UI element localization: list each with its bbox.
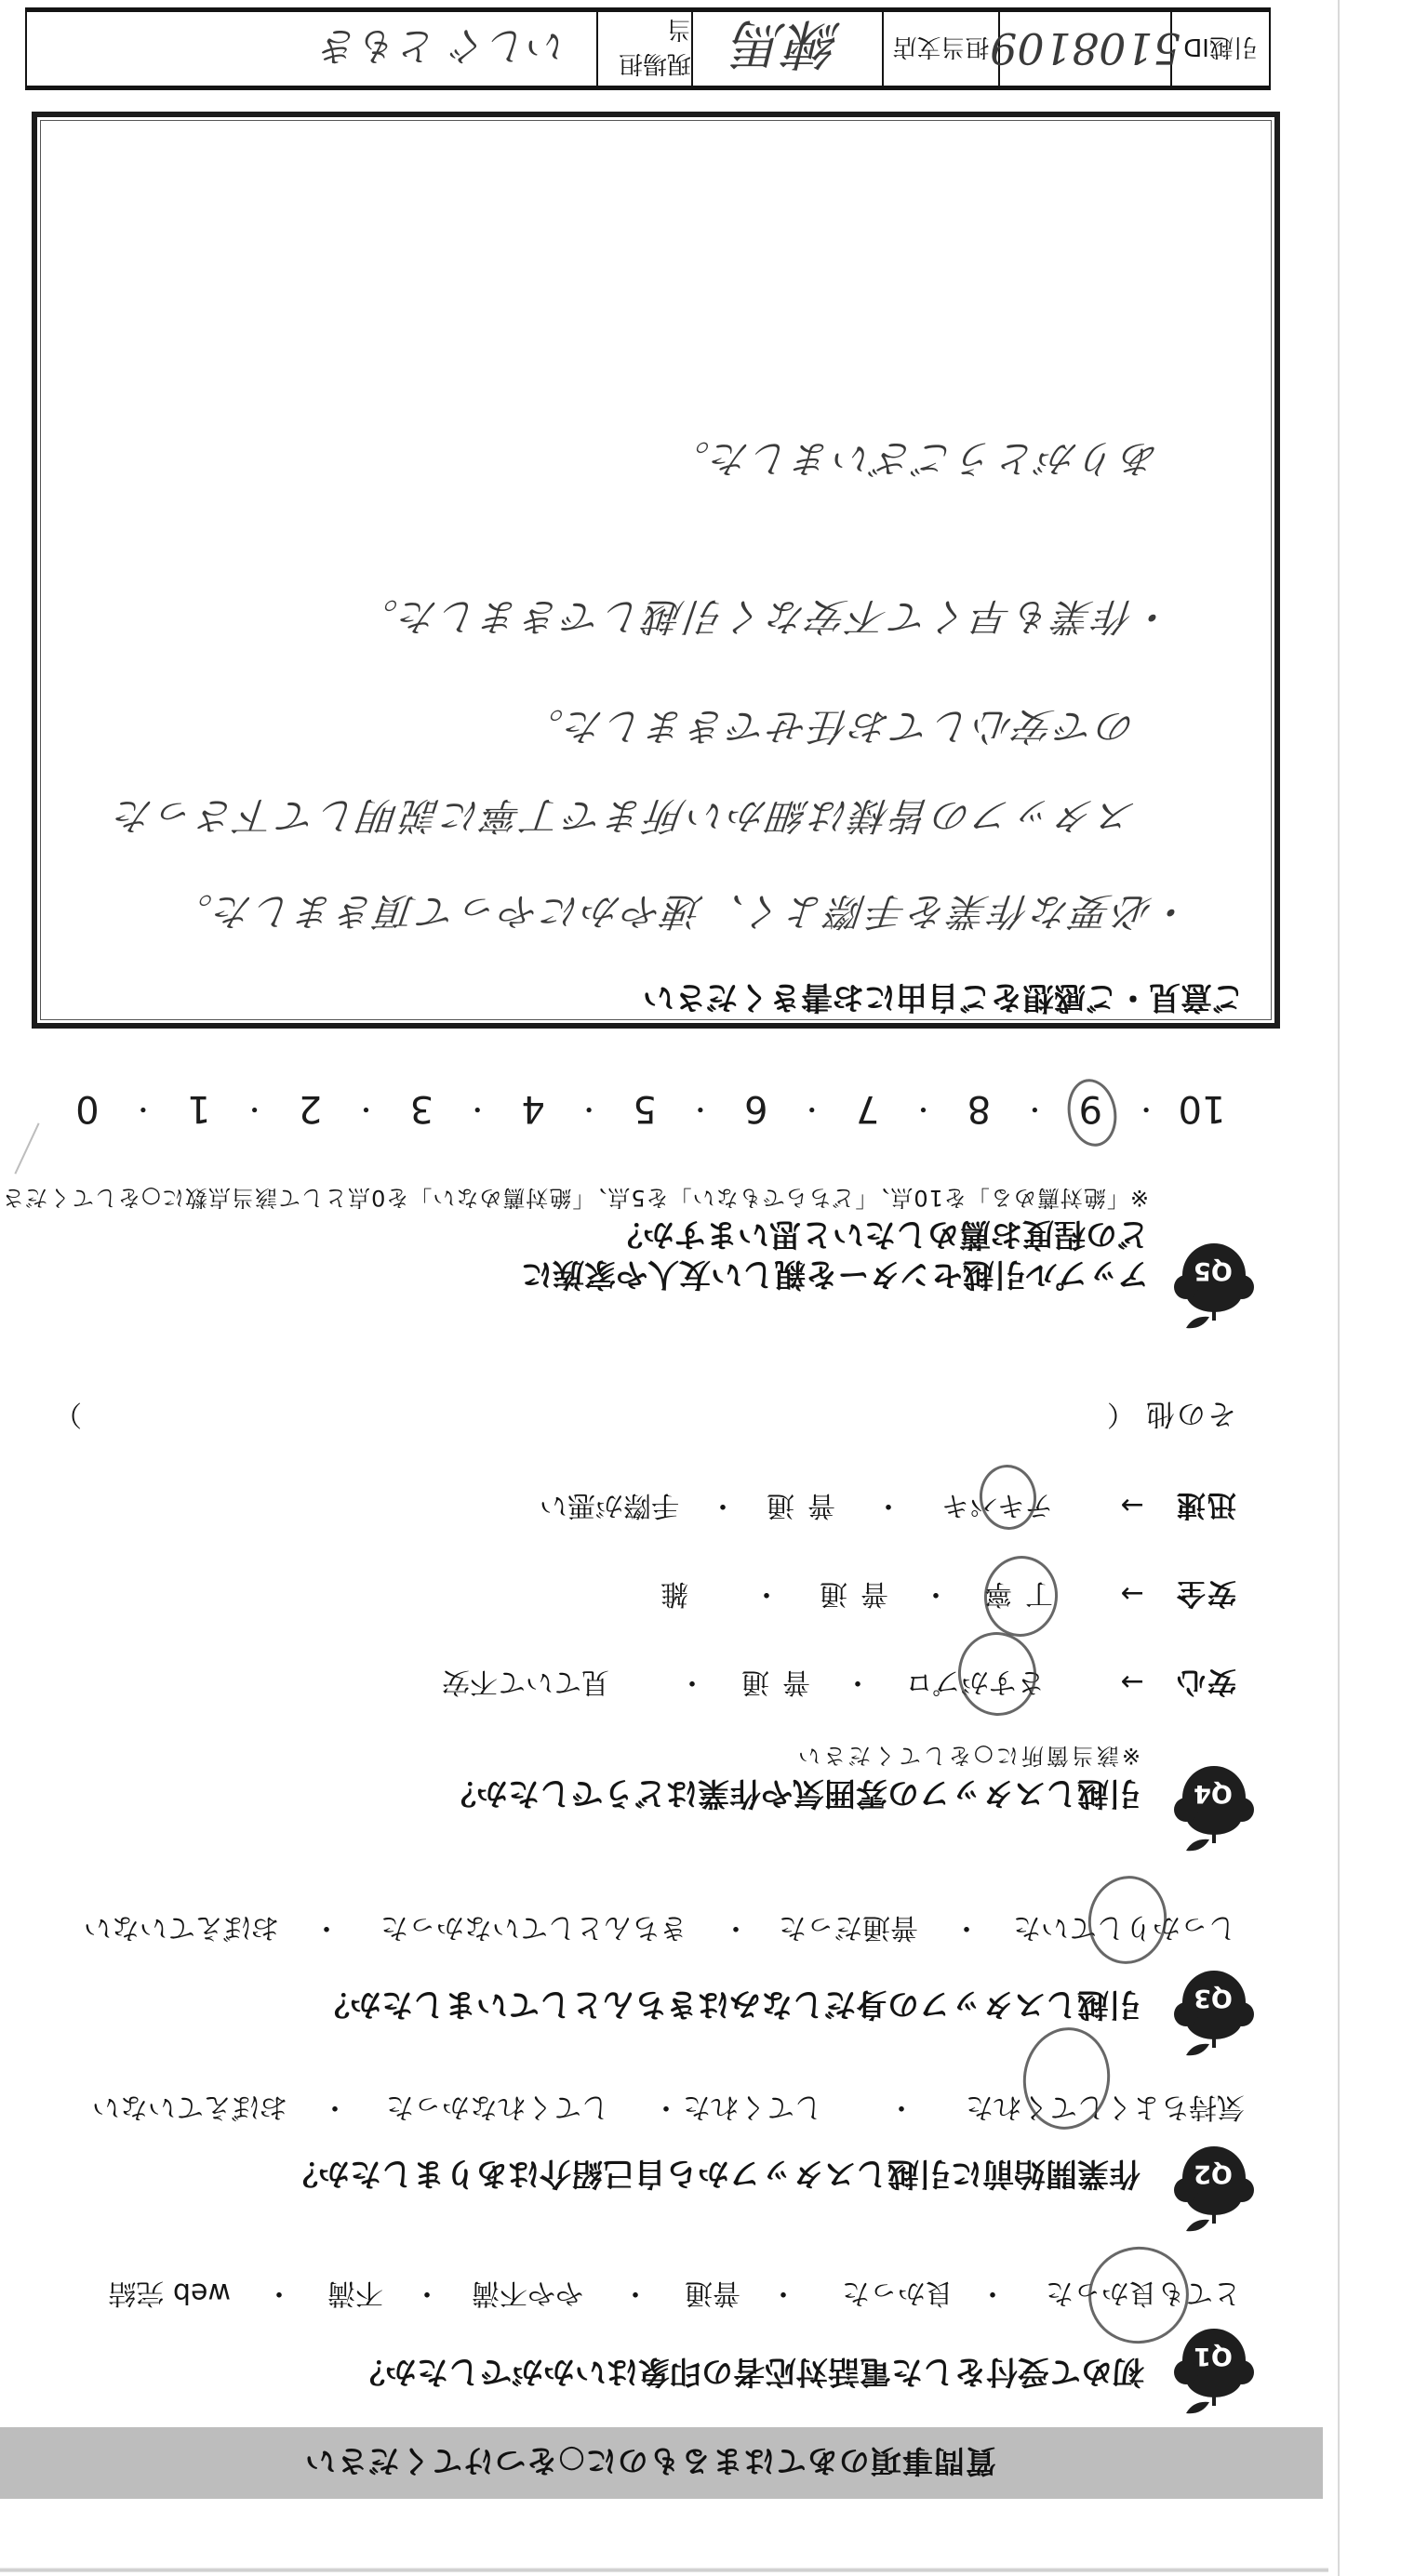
rating-value: 3 — [394, 1085, 449, 1132]
staff-name-value: いしぐ ともき — [27, 12, 596, 86]
option-separator: ・ — [652, 2088, 680, 2125]
arrow-right-icon: → — [1118, 1486, 1146, 1523]
option-separator: ・ — [896, 1085, 952, 1132]
instructions-bar: 質問事項のあてはまるものに○をつけてください — [0, 2427, 1323, 2499]
q4-row-label-anzen: 安全 — [1175, 1574, 1236, 1612]
q4-apple-badge-icon: Q4 — [1172, 1764, 1256, 1853]
q4-row-label-anshin: 安心 — [1175, 1663, 1236, 1700]
q4-row-label-jinsoku: 迅速 — [1175, 1486, 1236, 1523]
q5-title-line1: アップル引越センターを親しい友人や家族に — [521, 1254, 1149, 1295]
branch-label: 担当支店 — [882, 12, 998, 86]
q4-title: 引越しスタッフの雰囲気や作業はどうでしたか？ — [445, 1773, 1141, 1813]
comments-box: ご意見・ご感想をご自由にお書きください ・必要な作業を手際よく、速やかにやって頂… — [32, 112, 1280, 1029]
scan-edge-shadow — [0, 2568, 1328, 2572]
q5-rating-scale: 10 ・ 9 ・ 8 ・ 7 ・ 6 ・ 5 ・ 4 ・ 3 ・ 2 ・ 1 ・… — [60, 1085, 1230, 1132]
instructions-title: 質問事項のあてはまるものに○をつけてください — [304, 2441, 996, 2485]
option-separator: ・ — [265, 2274, 293, 2311]
option-separator: ・ — [1118, 1085, 1174, 1132]
handwritten-comment-line: スタッフの皆様は細かい所まで丁寧に説明して下さった — [111, 791, 1139, 840]
option-separator: ・ — [561, 1085, 617, 1132]
q3-title: 引越しスタッフの身だしなみはきちんとしていましたか？ — [318, 1984, 1141, 2025]
option-separator: ・ — [953, 1908, 980, 1945]
option-separator: ・ — [844, 1663, 872, 1700]
q2-option: おぼえていない — [92, 2088, 287, 2125]
option-separator: ・ — [709, 1486, 737, 1523]
q2-option: してくれた — [683, 2088, 822, 2125]
q4-anshin-answer-circle-mark — [953, 1627, 1042, 1721]
branch-value: 練馬 — [691, 12, 882, 86]
q5-note: ※「絶対薦める」を10点、「どちらでもない」を5点、「絶対薦めない」を0点として… — [0, 1183, 1149, 1213]
rating-value: 8 — [951, 1085, 1007, 1132]
q4-option: 雑 — [660, 1574, 688, 1612]
q3-badge-label: Q3 — [1194, 1984, 1233, 2012]
q4-other-close-paren: ） — [54, 1395, 82, 1432]
handwritten-comment-line: ・作業も早くて不安なく引越しできました。 — [354, 592, 1178, 641]
option-separator: ・ — [449, 1085, 505, 1132]
q4-option: 見ていて不安 — [442, 1663, 609, 1700]
q1-apple-badge-icon: Q1 — [1172, 2327, 1256, 2416]
option-separator: ・ — [1007, 1085, 1062, 1132]
q3-option: 普通だった — [779, 1908, 918, 1945]
rating-value: 2 — [283, 1085, 339, 1132]
rating-value: 5 — [617, 1085, 673, 1132]
q5-badge-label: Q5 — [1194, 1256, 1233, 1285]
option-separator: ・ — [115, 1085, 171, 1132]
q4-badge-label: Q4 — [1194, 1779, 1233, 1808]
stray-pencil-mark — [14, 1122, 39, 1174]
q4-option: 普通 — [728, 1663, 810, 1700]
option-separator: ・ — [753, 1574, 780, 1612]
option-separator: ・ — [339, 1085, 394, 1132]
rating-value: 1 — [171, 1085, 227, 1132]
q4-option: 普通 — [754, 1486, 835, 1523]
option-separator: ・ — [673, 1085, 728, 1132]
option-separator: ・ — [769, 2274, 797, 2311]
q1-badge-label: Q1 — [1194, 2342, 1233, 2370]
q1-option: 不満 — [327, 2274, 383, 2311]
q4-option: 普通 — [807, 1574, 888, 1612]
q3-answer-circle-mark — [1081, 1869, 1173, 1970]
q1-option: 良かった — [842, 2274, 954, 2311]
handwritten-comment-line: ので安心してお任せできました。 — [520, 702, 1139, 750]
rating-value: 0 — [60, 1085, 115, 1132]
option-separator: ・ — [413, 2274, 441, 2311]
scan-page-edge — [1338, 0, 1340, 2576]
option-separator: ・ — [722, 1908, 750, 1945]
q4-anzen-answer-circle-mark — [980, 1552, 1062, 1640]
option-separator: ・ — [874, 1486, 902, 1523]
q2-option: してくれなかった — [386, 2088, 609, 2125]
staff-label: 現場担当 — [596, 12, 691, 86]
q1-option: web 完結 — [108, 2274, 231, 2311]
option-separator: ・ — [621, 2274, 649, 2311]
comments-title: ご意見・ご感想をご自由にお書きください — [643, 976, 1244, 1017]
q4-note: ※該当箇所に○をしてください — [795, 1741, 1141, 1771]
arrow-right-icon: → — [1118, 1663, 1146, 1700]
q3-option: おぼえていない — [84, 1908, 279, 1945]
q4-option: 手際が悪い — [540, 1486, 679, 1523]
q1-option: 普通 — [685, 2274, 740, 2311]
option-separator: ・ — [321, 2088, 349, 2125]
q2-apple-badge-icon: Q2 — [1172, 2144, 1256, 2234]
rating-value: 10 — [1174, 1085, 1230, 1132]
q4-other-open-paren: （ — [1107, 1395, 1135, 1432]
q3-apple-badge-icon: Q3 — [1172, 1969, 1256, 2058]
move-id-label: 引越ID — [1170, 12, 1269, 86]
option-separator: ・ — [784, 1085, 840, 1132]
q5-title-line2: どの程度お薦めしたいと思いますか？ — [611, 1214, 1149, 1255]
staff-info-table: 引越ID 5108109 担当支店 練馬 現場担当 いしぐ ともき — [25, 7, 1271, 90]
move-id-value: 5108109 — [998, 12, 1170, 86]
arrow-right-icon: → — [1118, 1574, 1146, 1612]
handwritten-comment-line: ・必要な作業を手際よく、速やかにやって頂きました。 — [169, 887, 1196, 936]
q4-other-field — [93, 1395, 1098, 1432]
handwritten-comment-line: ありがとうございました。 — [666, 434, 1162, 483]
option-separator: ・ — [227, 1085, 283, 1132]
option-separator: ・ — [887, 2088, 915, 2125]
scanned-survey-page-rotated: 質問事項のあてはまるものに○をつけてください Q1 初めて受付をした電話対応者の… — [0, 0, 1414, 2576]
rating-value: 6 — [728, 1085, 784, 1132]
q5-apple-badge-icon: Q5 — [1172, 1242, 1256, 1331]
q1-option: やや不満 — [472, 2274, 583, 2311]
rating-value: 7 — [840, 1085, 896, 1132]
option-separator: ・ — [922, 1574, 950, 1612]
q3-option: きちんとしていなかった — [380, 1908, 687, 1945]
q2-title: 作業開始前に引越しスタッフから自己紹介はありましたか？ — [287, 2153, 1141, 2194]
q4-other-label: その他 — [1144, 1395, 1236, 1432]
option-separator: ・ — [313, 1908, 340, 1945]
q1-title: 初めて受付をした電話対応者の印象はいかがでしたか？ — [353, 2351, 1144, 2392]
option-separator: ・ — [979, 2274, 1007, 2311]
rating-value: 4 — [505, 1085, 561, 1132]
q2-badge-label: Q2 — [1194, 2159, 1233, 2188]
option-separator: ・ — [678, 1663, 706, 1700]
